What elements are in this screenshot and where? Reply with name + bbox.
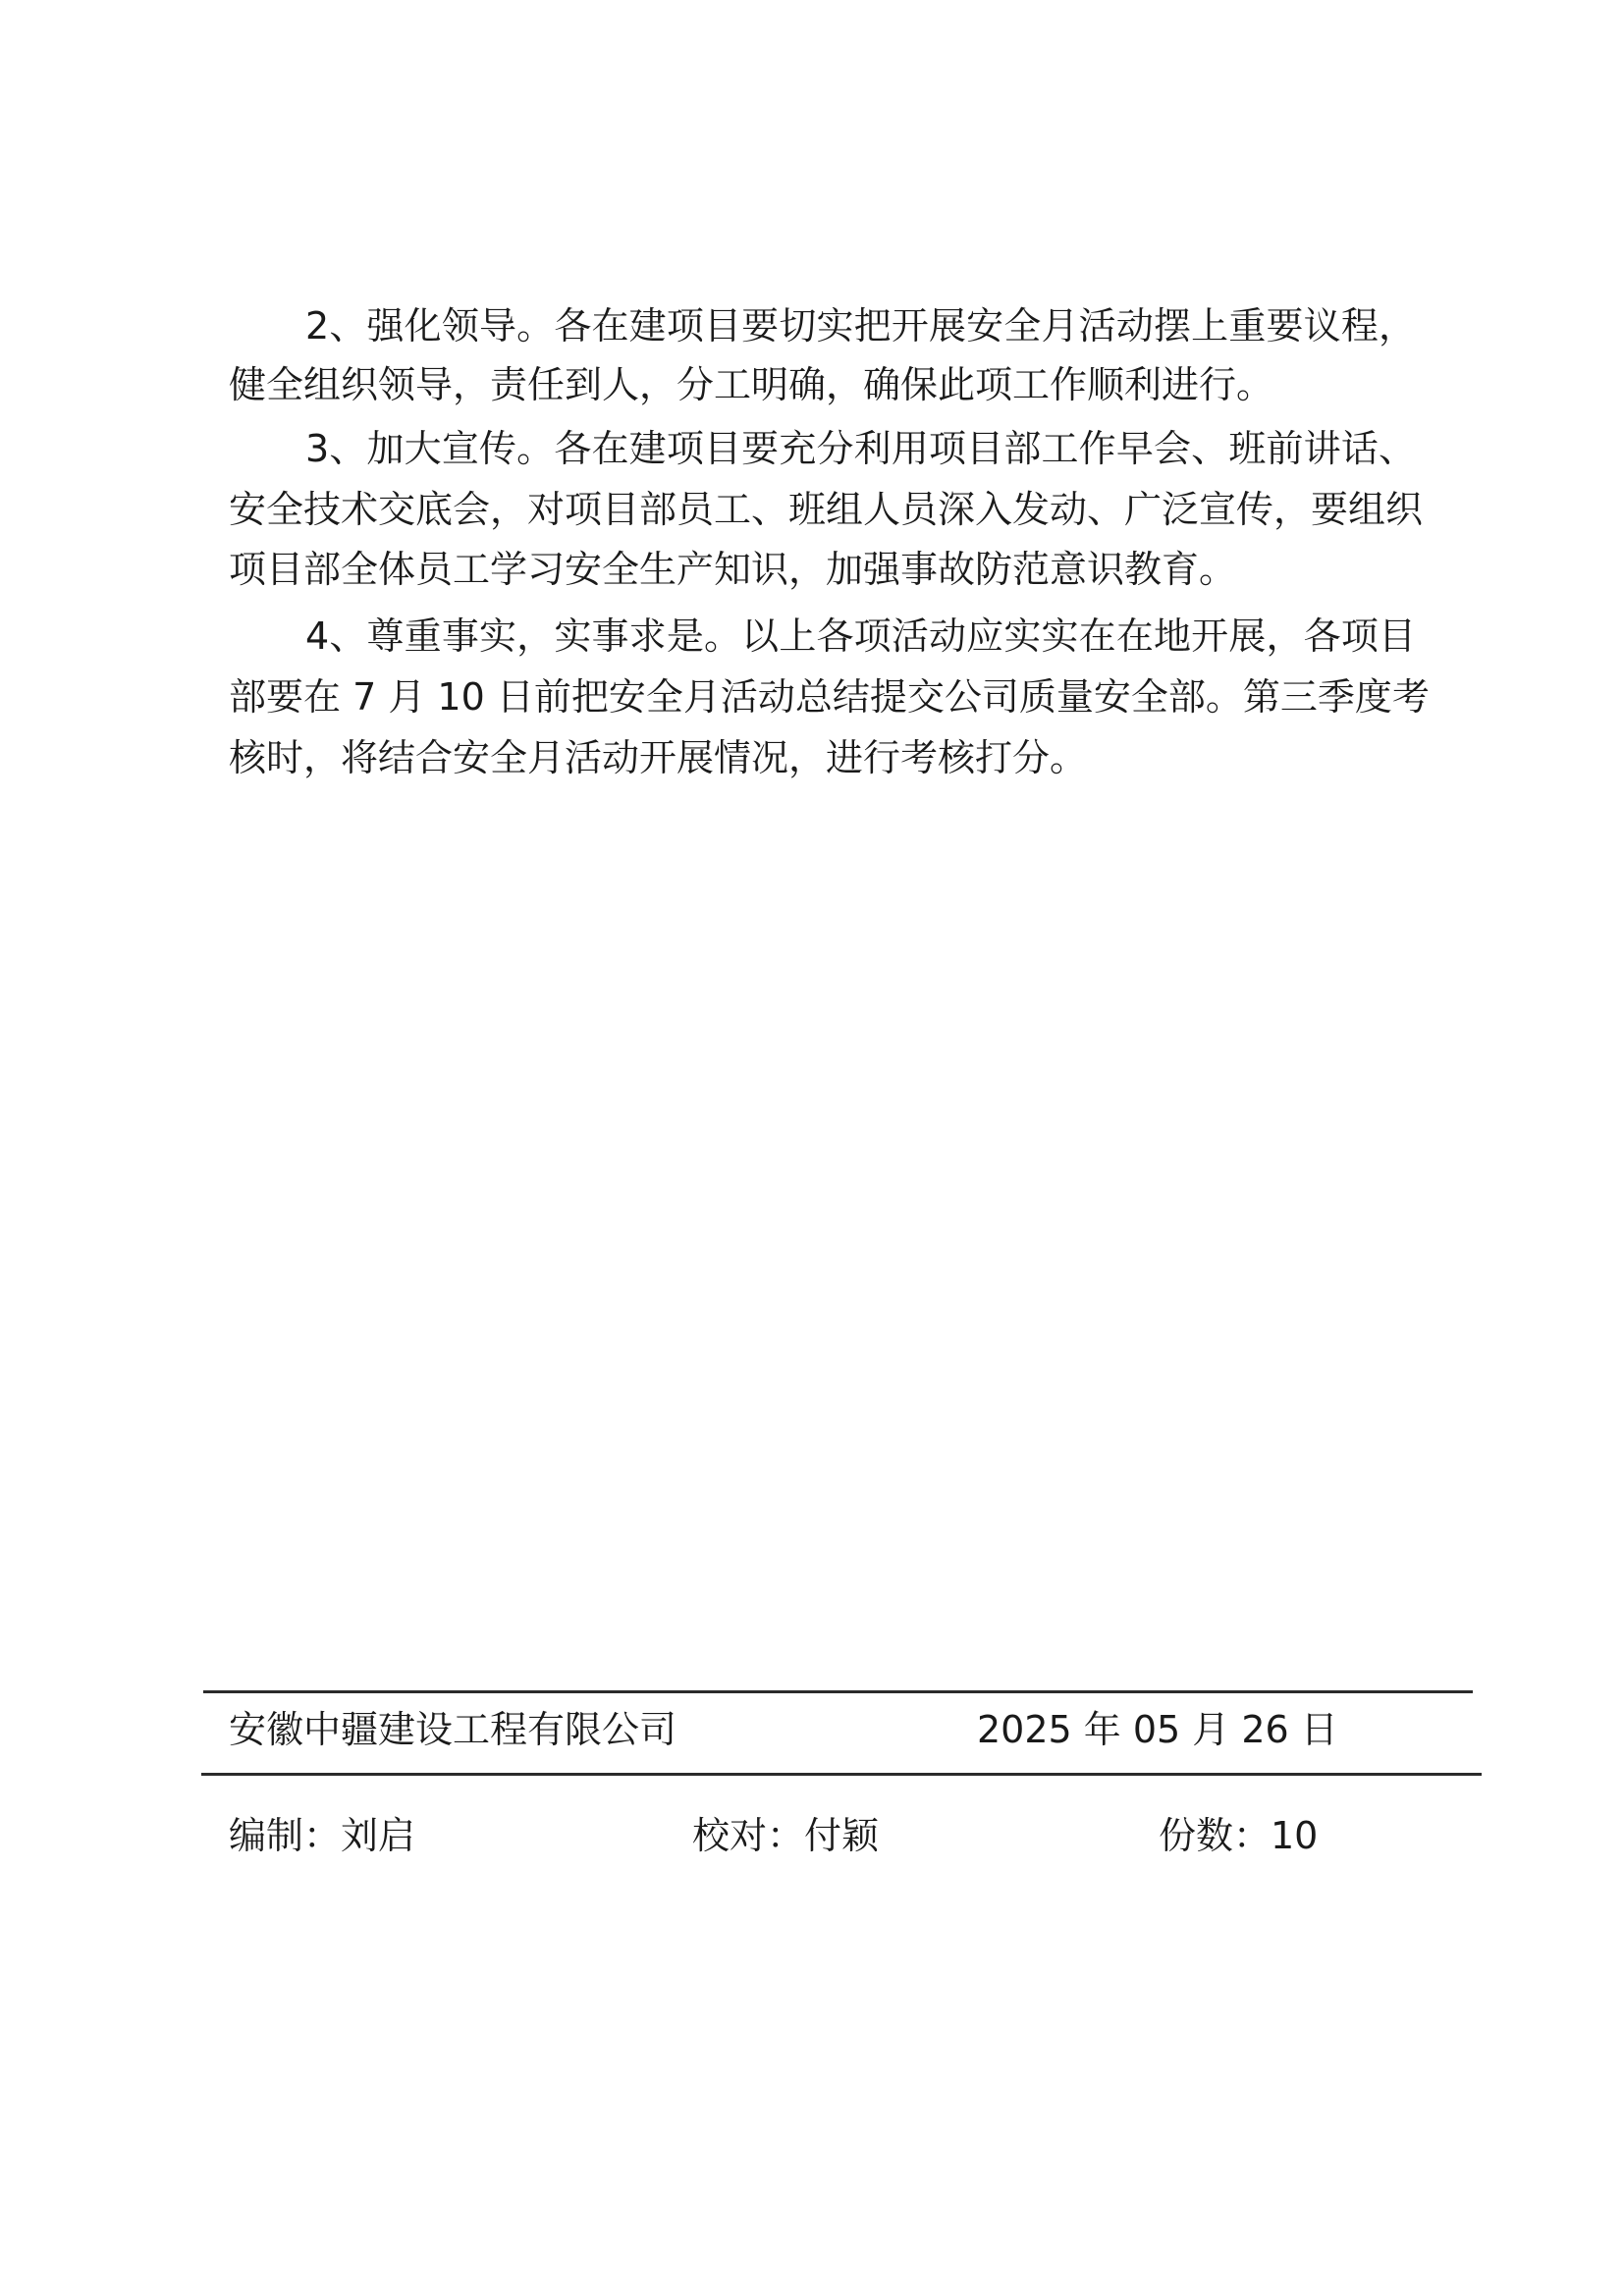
footer-top-rule <box>203 1690 1473 1693</box>
proofreader-field: 校对：付颖 <box>692 1811 879 1860</box>
paragraph-3-line-1: 3、加大宣传。各在建项目要充分利用项目部工作早会、班前讲话、 <box>305 424 1416 473</box>
paragraph-2-line-1: 2、强化领导。各在建项目要切实把开展安全月活动摆上重要议程， <box>305 301 1416 350</box>
paragraph-4-line-2: 部要在 7 月 10 日前把安全月活动总结提交公司质量安全部。第三季度考 <box>229 672 1416 721</box>
document-page: 2、强化领导。各在建项目要切实把开展安全月活动摆上重要议程， 健全组织领导，责任… <box>0 0 1623 2296</box>
paragraph-4-line-3: 核时，将结合安全月活动开展情况，进行考核打分。 <box>229 733 1416 782</box>
paragraph-4-line-1: 4、尊重事实，实事求是。以上各项活动应实实在在地开展，各项目 <box>305 612 1416 661</box>
issue-date: 2025 年 05 月 26 日 <box>977 1705 1338 1754</box>
footer-bottom-rule <box>201 1773 1482 1776</box>
company-name: 安徽中疆建设工程有限公司 <box>229 1705 676 1754</box>
editor-field: 编制：刘启 <box>229 1811 415 1860</box>
paragraph-3-line-3: 项目部全体员工学习安全生产知识，加强事故防范意识教育。 <box>229 545 1416 594</box>
paragraph-3-line-2: 安全技术交底会，对项目部员工、班组人员深入发动、广泛宣传，要组织 <box>229 485 1416 534</box>
copies-field: 份数：10 <box>1159 1811 1318 1860</box>
paragraph-2-line-2: 健全组织领导，责任到人，分工明确，确保此项工作顺利进行。 <box>229 360 1416 409</box>
